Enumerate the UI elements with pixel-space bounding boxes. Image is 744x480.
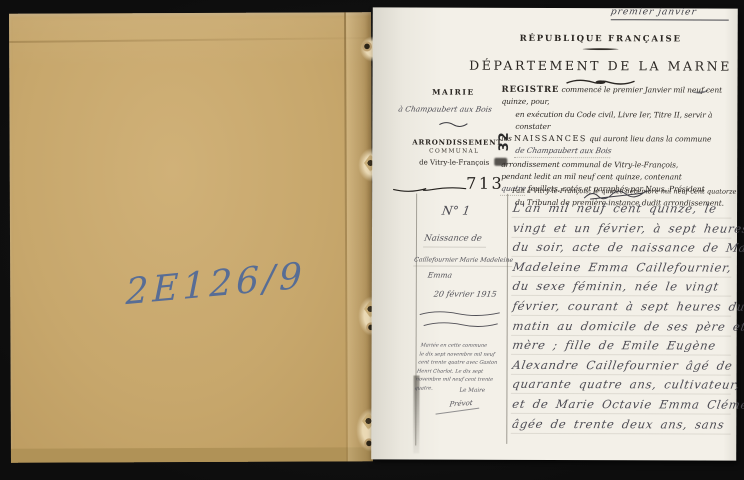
registre-word: REGISTRE bbox=[501, 85, 559, 95]
act-line: âgée de trente deux ans, sans bbox=[511, 413, 734, 433]
act-line: Madeleine Emma Caillefournier, bbox=[511, 257, 734, 277]
margin-squiggles bbox=[418, 310, 502, 332]
register-number-swash bbox=[392, 181, 468, 193]
act-line: L'an mil neuf cent quinze, le bbox=[512, 198, 735, 218]
act-line: du sexe féminin, née le vingt bbox=[511, 276, 734, 296]
margin-firstname: Emma bbox=[427, 271, 452, 280]
act-line: vingt et un février, à sept heures bbox=[511, 217, 734, 237]
act-type-label: Naissance de bbox=[423, 234, 488, 248]
register-number: 713 bbox=[466, 174, 504, 193]
commune-insertion-handwriting: de Champaubert aux Bois bbox=[514, 145, 612, 159]
act-line: du soir, acte de naissance de Marie bbox=[511, 237, 734, 257]
binding-hole bbox=[362, 41, 372, 53]
margin-surname: Caillefournier Marie Madeleine bbox=[413, 257, 513, 267]
heading-rule bbox=[583, 48, 619, 50]
intro-line: pendant ledit an mil neuf cent quinze, c… bbox=[501, 171, 739, 184]
signature-flourish bbox=[436, 408, 480, 415]
intro-line: de Champaubert aux Bois bbox=[501, 145, 739, 159]
register-page: premier janvier RÉPUBLIQUE FRANÇAISE DÉP… bbox=[371, 7, 738, 460]
intro-line: en exécution du Code civil, Livre Ier, T… bbox=[501, 108, 739, 133]
act-line: matin au domicile de ses père et bbox=[511, 315, 734, 335]
mairie-label: MAIRIE bbox=[420, 88, 486, 97]
folder-cover: 2E126/9 bbox=[9, 12, 373, 463]
arrondissement-label: ARRONDISSEMENT bbox=[412, 138, 496, 147]
act-line: février, courant à sept heures du bbox=[511, 296, 734, 316]
act-line: Alexandre Caillefournier âgé de bbox=[511, 355, 734, 375]
act-line: quarante quatre ans, cultivateur, bbox=[511, 374, 734, 394]
squiggle-mark bbox=[438, 121, 468, 129]
top-annotation-handwriting: premier janvier bbox=[610, 7, 732, 17]
annotation-underline bbox=[611, 19, 729, 20]
note-line: Henri Charlot. Le dix sept bbox=[416, 367, 505, 376]
archive-code-handwriting: 2E126/9 bbox=[125, 254, 325, 314]
margin-date: 20 février 1915 bbox=[433, 290, 497, 299]
arrondissement-value: de Vitry-le-François bbox=[408, 158, 500, 166]
communal-label: COMMUNAL bbox=[412, 149, 496, 155]
republic-heading: RÉPUBLIQUE FRANÇAISE bbox=[481, 34, 721, 45]
marginal-marriage-note: Mariée en cette commune le dix sept nove… bbox=[414, 342, 509, 394]
department-heading: DÉPARTEMENT DE LA MARNE bbox=[461, 58, 741, 74]
note-line: le dix sept novembre mil neuf bbox=[419, 350, 508, 359]
act-line: et de Marie Octavie Emma Clément bbox=[511, 394, 734, 414]
note-footer: Le Maire bbox=[459, 388, 485, 394]
folder-crease bbox=[9, 37, 371, 43]
intro-line: arrondissement communal de Vitry-le-Fran… bbox=[501, 159, 739, 172]
mayor-signature: Prévot bbox=[449, 399, 473, 409]
photo-backdrop: 2E126/9 premier janvier RÉPUBLIQUE FRANÇ… bbox=[0, 0, 744, 480]
act-body-handwriting: L'an mil neuf cent quinze, le vingt et u… bbox=[512, 198, 733, 434]
margin-divider-rule bbox=[506, 194, 508, 444]
folder-fold-edge bbox=[346, 12, 373, 461]
note-line: cent trente quatre avec Gaston bbox=[418, 359, 507, 368]
naissances-word: NAISSANCES bbox=[514, 134, 587, 143]
note-line: Mariée en cette commune bbox=[420, 342, 509, 351]
act-number: N° 1 bbox=[441, 204, 471, 218]
act-line: mère ; fille de Emile Eugène bbox=[511, 335, 734, 355]
